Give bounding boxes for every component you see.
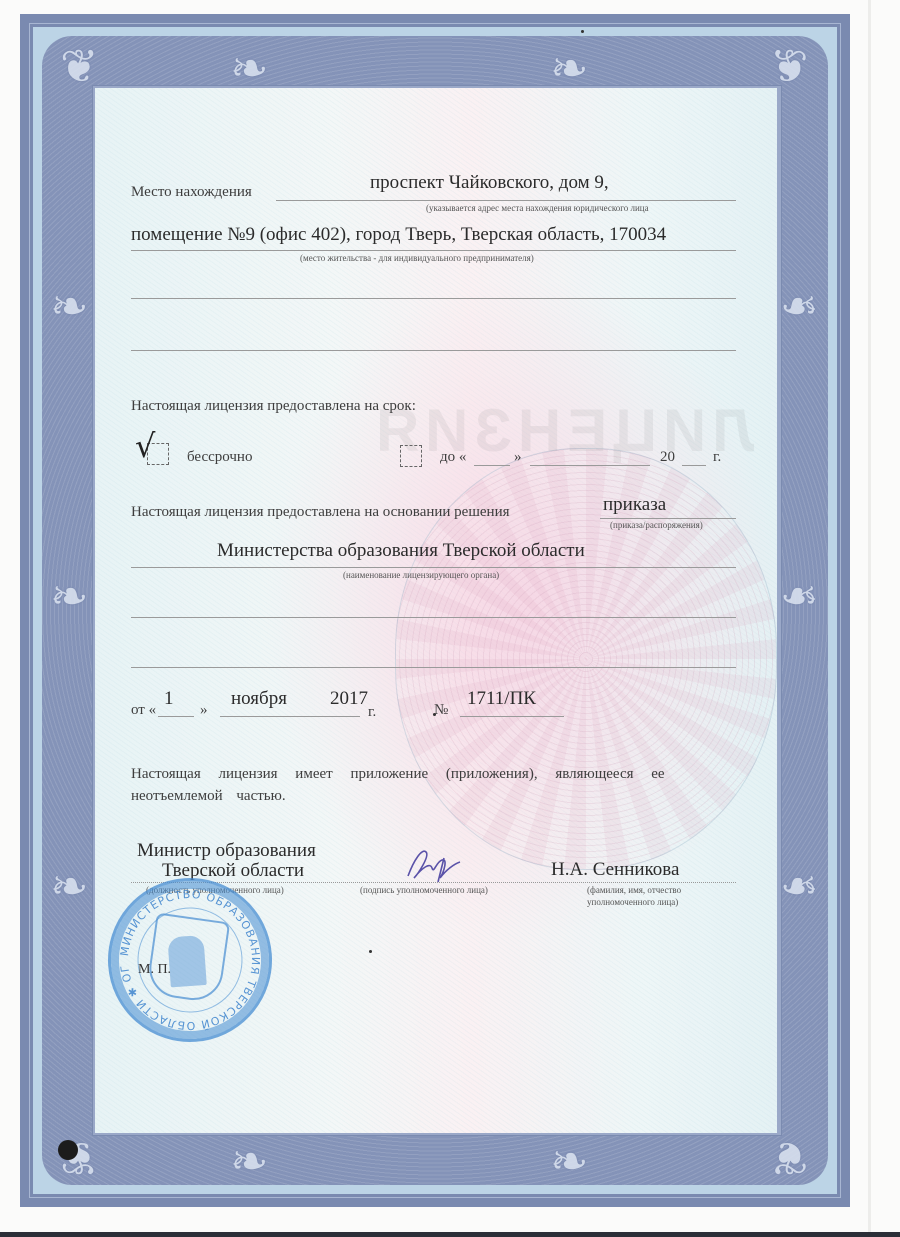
punch-hole xyxy=(58,1140,78,1160)
number-line xyxy=(460,716,564,717)
scroll-ornament-icon: ❧ xyxy=(780,284,819,330)
date-month-year-line xyxy=(220,716,360,717)
name-hint-line1: (фамилия, имя, отчество xyxy=(587,885,681,895)
paper-edge xyxy=(868,0,871,1237)
location-hint-2: (место жительства - для индивидуального … xyxy=(300,253,534,263)
until-date-checkbox[interactable] xyxy=(400,445,422,467)
blank-line xyxy=(131,350,736,351)
basis-label: Настоящая лицензия предоставлена на осно… xyxy=(131,504,510,521)
speck xyxy=(581,30,584,33)
number-label: № xyxy=(434,702,448,719)
speck xyxy=(369,950,372,953)
name-hint-line2: уполномоченного лица) xyxy=(587,897,678,907)
scroll-ornament-icon: ❧ xyxy=(230,1139,269,1185)
appendix-text-line2: неотъемлемой частью. xyxy=(131,788,286,805)
bleed-through-watermark: ЛИЦЕНЗИЯ xyxy=(370,396,754,465)
basis-hint: (приказа/распоряжения) xyxy=(610,520,703,530)
seal-place-label: М. П. xyxy=(138,962,171,978)
appendix-text-line1: Настоящая лицензия имеет приложение (при… xyxy=(131,766,665,783)
until-prefix: до « xyxy=(440,449,466,466)
blank-line xyxy=(131,298,736,299)
scroll-ornament-icon: ❧ xyxy=(780,864,819,910)
corner-ornament-icon: ❦ xyxy=(770,1134,809,1180)
date-month: ноября xyxy=(231,688,287,710)
location-label: Место нахождения xyxy=(131,184,252,201)
signatory-name: Н.А. Сенникова xyxy=(551,859,679,881)
blank-line xyxy=(131,617,736,618)
official-seal: МИНИСТЕРСТВО ОБРАЗОВАНИЯ ТВЕРСКОЙ ОБЛАСТ… xyxy=(102,872,277,1047)
location-line-2 xyxy=(131,250,736,251)
signatory-position-line1: Министр образования xyxy=(137,840,316,862)
blank-line xyxy=(131,667,736,668)
term-label: Настоящая лицензия предоставлена на срок… xyxy=(131,398,416,415)
basis-value: приказа xyxy=(603,494,666,516)
date-day-line xyxy=(158,716,194,717)
until-day-line xyxy=(474,465,510,466)
location-value-line1: проспект Чайковского, дом 9, xyxy=(370,172,609,194)
date-prefix: от « xyxy=(131,702,156,719)
authority-value: Министерства образования Тверской област… xyxy=(217,540,585,562)
scan-shadow xyxy=(0,1232,900,1237)
until-close-quote: » xyxy=(514,449,522,466)
signature-icon xyxy=(400,838,480,888)
speck xyxy=(433,713,436,716)
date-year-suffix: г. xyxy=(368,704,376,721)
authority-line xyxy=(131,567,736,568)
scroll-ornament-icon: ❧ xyxy=(780,574,819,620)
until-year-line xyxy=(682,465,706,466)
until-month-line xyxy=(530,465,650,466)
date-year: 2017 xyxy=(330,688,368,710)
scroll-ornament-icon: ❧ xyxy=(50,864,89,910)
date-day: 1 xyxy=(164,688,174,710)
date-close-quote: » xyxy=(200,702,208,719)
authority-hint: (наименование лицензирующего органа) xyxy=(343,570,499,580)
corner-ornament-icon: ❦ xyxy=(60,44,99,90)
checkmark-icon: √ xyxy=(135,430,155,462)
order-number: 1711/ПК xyxy=(467,688,536,710)
scroll-ornament-icon: ❧ xyxy=(550,1139,589,1185)
location-hint-1: (указывается адрес места нахождения юрид… xyxy=(426,203,649,213)
tower-emblem-icon xyxy=(167,935,206,987)
location-line-1 xyxy=(276,200,736,201)
corner-ornament-icon: ❦ xyxy=(770,44,809,90)
indefinite-label: бессрочно xyxy=(187,449,252,466)
scroll-ornament-icon: ❧ xyxy=(50,284,89,330)
basis-line xyxy=(600,518,736,519)
until-year-suffix: г. xyxy=(713,449,721,466)
scroll-ornament-icon: ❧ xyxy=(50,574,89,620)
location-value-line2: помещение №9 (офис 402), город Тверь, Тв… xyxy=(131,224,666,246)
until-year-prefix: 20 xyxy=(660,449,675,466)
